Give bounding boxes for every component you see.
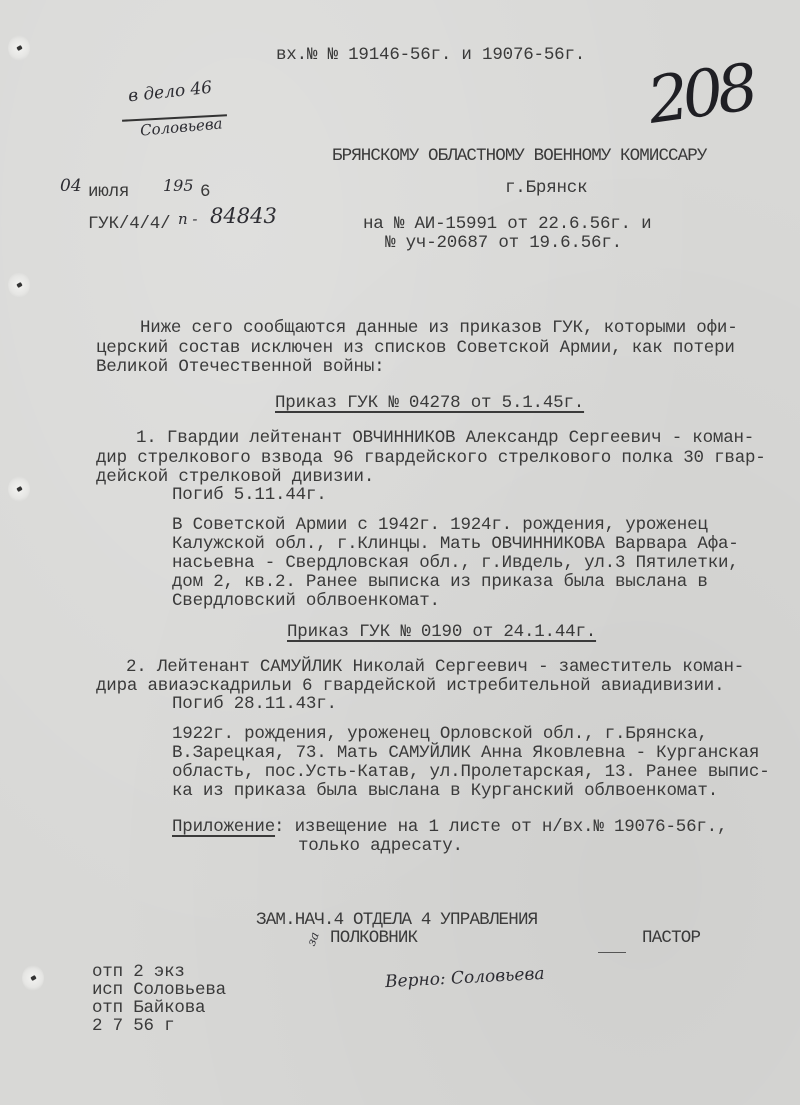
order-2-details-line-3: область, пос.Усть-Катав, ул.Пролетарская… <box>172 762 770 782</box>
handwritten-file-note: в дело 46 <box>127 78 213 107</box>
punch-hole-icon <box>8 35 30 61</box>
order-1-heading: Приказ ГУК № 04278 от 5.1.45г. <box>275 393 584 413</box>
order-2-died: Погиб 28.11.43г. <box>172 694 337 714</box>
handwritten-date-day: 04 <box>60 176 82 196</box>
order-1-details-line-4: дом 2, кв.2. Ранее выписка из приказа бы… <box>172 572 708 592</box>
date-month: июля <box>88 182 129 202</box>
order-1-details-line-3: насьевна - Свердловская обл., г.Ивдель, … <box>172 553 739 573</box>
handwritten-signature-prefix: за <box>304 930 322 948</box>
attachment-text-line-2: только адресату. <box>298 836 463 856</box>
intro-line-3: Великой Отечественной войны: <box>96 357 384 377</box>
addressee-city: г.Брянск <box>505 178 587 198</box>
signature-dash <box>598 952 626 953</box>
order-2-heading: Приказ ГУК № 0190 от 24.1.44г. <box>287 622 596 642</box>
reply-reference-1: на № АИ-15991 от 22.6.56г. и <box>363 214 651 234</box>
order-1-entry-line-2: дир стрелкового взвода 96 гвардейского с… <box>96 448 766 468</box>
outgoing-reference-letter: п - <box>178 210 198 228</box>
punch-hole-icon <box>8 476 30 502</box>
signatory-name: ПАСТОР <box>642 928 700 948</box>
footer-typist: отп Байкова <box>92 998 205 1018</box>
date-year-digit: 6 <box>200 182 210 202</box>
outgoing-reference-prefix: ГУК/4/4/ <box>88 214 170 234</box>
order-1-details-line-2: Калужской обл., г.Клинцы. Мать ОВЧИННИКО… <box>172 534 739 554</box>
order-2-entry-line-1: 2. Лейтенант САМУЙЛИК Николай Сергеевич … <box>126 657 744 677</box>
handwritten-page-number: 208 <box>644 53 757 137</box>
intro-line-2: церский состав исключен из списков Совет… <box>96 338 735 358</box>
order-1-died: Погиб 5.11.44г. <box>172 485 327 505</box>
order-1-entry-line-1: 1. Гвардии лейтенант ОВЧИННИКОВ Александ… <box>136 428 754 448</box>
incoming-reference: вх.№ № 19146-56г. и 19076-56г. <box>276 45 585 65</box>
footer-executor: исп Соловьева <box>92 980 226 1000</box>
order-1-details-line-1: В Советской Армии с 1942г. 1924г. рожден… <box>172 515 708 535</box>
order-1-details-line-5: Свердловский облвоенкомат. <box>172 591 440 611</box>
handwritten-outgoing-number: 84843 <box>210 204 277 228</box>
intro-line-1: Ниже сего сообщаются данные из приказов … <box>140 318 738 338</box>
handwritten-verified-signature: Верно: Соловьева <box>385 964 545 992</box>
order-2-details-line-1: 1922г. рождения, уроженец Орловской обл.… <box>172 724 708 744</box>
addressee-title: БРЯНСКОМУ ОБЛАСТНОМУ ВОЕННОМУ КОМИССАРУ <box>332 146 706 166</box>
order-2-entry-line-2: дира авиаэскадрильи 6 гвардейской истреб… <box>96 676 724 696</box>
footer-copies: отп 2 экз <box>92 962 185 982</box>
punch-hole-icon <box>8 272 30 298</box>
attachment-text-line-1: : извещение на 1 листе от н/вх.№ 19076-5… <box>274 817 727 837</box>
order-2-details-line-4: ка из приказа была выслана в Курганский … <box>172 781 718 801</box>
reply-reference-2: № уч-20687 от 19.6.56г. <box>385 233 622 253</box>
document-page: вх.№ № 19146-56г. и 19076-56г. в дело 46… <box>0 0 800 1105</box>
footer-date: 2 7 56 г <box>92 1016 174 1036</box>
order-1-entry-line-3: дейской стрелковой дивизии. <box>96 467 374 487</box>
punch-hole-icon <box>22 965 44 991</box>
signatory-rank: ПОЛКОВНИК <box>330 928 417 948</box>
signatory-position: ЗАМ.НАЧ.4 ОТДЕЛА 4 УПРАВЛЕНИЯ <box>256 910 537 930</box>
order-2-details-line-2: В.Зарецкая, 73. Мать САМУЙЛИК Анна Яковл… <box>172 743 759 763</box>
handwritten-date-year: 195 <box>163 176 194 195</box>
attachment-label: Приложение <box>172 817 275 837</box>
